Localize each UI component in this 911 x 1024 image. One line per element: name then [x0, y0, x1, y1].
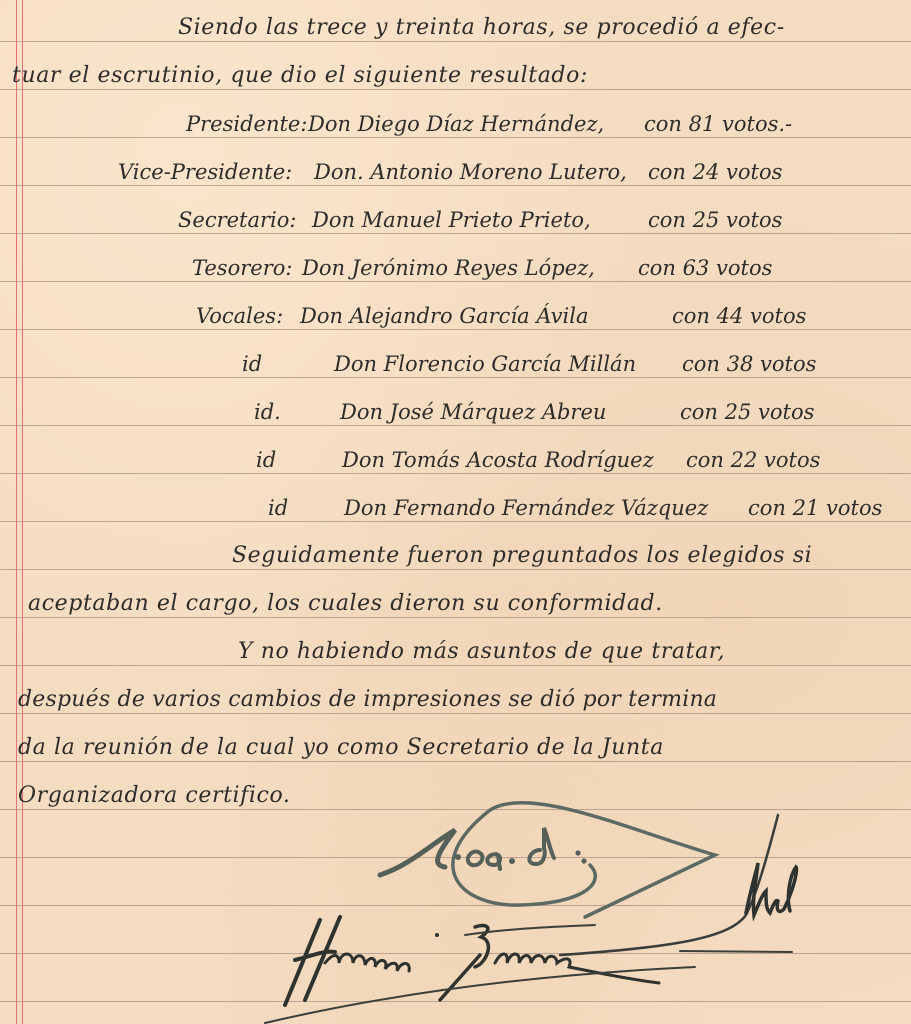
ruled-line	[0, 425, 911, 426]
vote-count: con 38 votos	[682, 351, 816, 377]
result-row-vice-president: Vice-Presidente: Don. Antonio Moreno Lut…	[118, 159, 898, 185]
candidate-name: Don José Márquez Abreu	[340, 399, 606, 425]
ruled-line	[0, 713, 911, 714]
role-label: id	[242, 351, 262, 377]
result-row-secretary: Secretario: Don Manuel Prieto Prieto, co…	[178, 207, 898, 233]
text-line: después de varios cambios de impresiones…	[18, 687, 717, 713]
role-label: id	[268, 495, 288, 521]
ruled-line	[0, 761, 911, 762]
ruled-line	[0, 233, 911, 234]
vote-count: con 21 votos	[748, 495, 882, 521]
text-line: Seguidamente fueron preguntados los eleg…	[232, 543, 812, 569]
text-line: Siendo las trece y treinta horas, se pro…	[178, 15, 785, 41]
ruled-line	[0, 473, 911, 474]
text-line: tuar el escrutinio, que dio el siguiente…	[12, 63, 588, 89]
ruled-line	[0, 521, 911, 522]
red-margin-line	[16, 0, 17, 1024]
vote-count: con 44 votos	[672, 303, 806, 329]
result-row-president: Presidente: Don Diego Díaz Hernández, co…	[186, 111, 906, 137]
candidate-name: Don Diego Díaz Hernández,	[308, 111, 604, 137]
candidate-name: Don Manuel Prieto Prieto,	[312, 207, 591, 233]
result-row-vocal: id Don Florencio García Millán con 38 vo…	[242, 351, 902, 377]
role-label: id	[256, 447, 276, 473]
result-row-vocal: Vocales: Don Alejandro García Ávila con …	[196, 303, 896, 329]
candidate-name: Don Jerónimo Reyes López,	[302, 255, 595, 281]
role-label: Secretario:	[178, 207, 296, 233]
vote-count: con 81 votos.-	[644, 111, 792, 137]
red-margin-line	[22, 0, 23, 1024]
candidate-name: Don Tomás Acosta Rodríguez	[342, 447, 654, 473]
ruled-line	[0, 137, 911, 138]
role-label: Presidente:	[186, 111, 307, 137]
ruled-line	[0, 569, 911, 570]
result-row-vocal: id Don Tomás Acosta Rodríguez con 22 vot…	[256, 447, 906, 473]
vote-count: con 24 votos	[648, 159, 782, 185]
ruled-line	[0, 89, 911, 90]
signature-right-icon	[560, 805, 800, 965]
text-line: Organizadora certifico.	[18, 783, 291, 809]
candidate-name: Don Alejandro García Ávila	[300, 303, 588, 329]
ruled-line	[0, 377, 911, 378]
role-label: Tesorero:	[192, 255, 292, 281]
signature-manuel	[560, 805, 800, 965]
vote-count: con 63 votos	[638, 255, 772, 281]
ruled-line	[0, 617, 911, 618]
result-row-treasurer: Tesorero: Don Jerónimo Reyes López, con …	[192, 255, 892, 281]
candidate-name: Don. Antonio Moreno Lutero,	[314, 159, 627, 185]
result-row-vocal: id. Don José Márquez Abreu con 25 votos	[254, 399, 904, 425]
handwritten-page: Siendo las trece y treinta horas, se pro…	[0, 0, 911, 1024]
ruled-line	[0, 281, 911, 282]
candidate-name: Don Florencio García Millán	[334, 351, 636, 377]
ruled-line	[0, 185, 911, 186]
text-line: da la reunión de la cual yo como Secreta…	[18, 735, 664, 761]
ruled-line	[0, 665, 911, 666]
text-line: aceptaban el cargo, los cuales dieron su…	[28, 591, 663, 617]
ruled-line	[0, 329, 911, 330]
vote-count: con 25 votos	[648, 207, 782, 233]
ruled-line	[0, 41, 911, 42]
vote-count: con 25 votos	[680, 399, 814, 425]
role-label: Vocales:	[196, 303, 283, 329]
role-label: Vice-Presidente:	[118, 159, 292, 185]
vote-count: con 22 votos	[686, 447, 820, 473]
text-line: Y no habiendo más asuntos de que tratar,	[238, 639, 725, 665]
candidate-name: Don Fernando Fernández Vázquez	[344, 495, 708, 521]
result-row-vocal: id Don Fernando Fernández Vázquez con 21…	[268, 495, 908, 521]
role-label: id.	[254, 399, 281, 425]
